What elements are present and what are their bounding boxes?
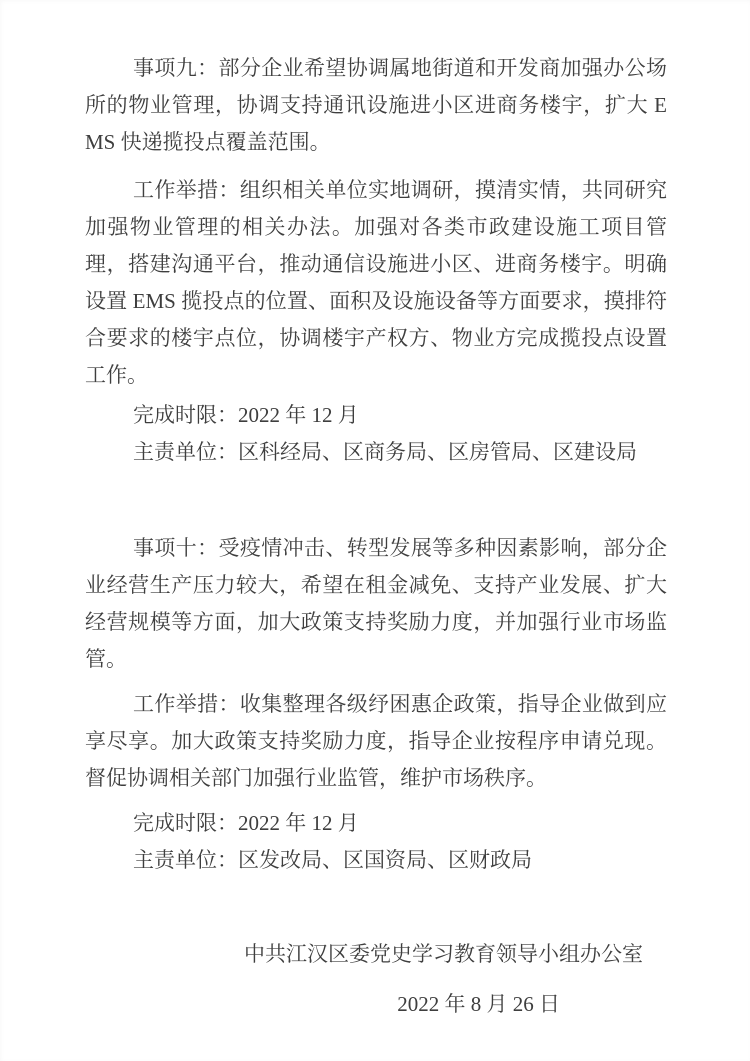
document-content: 事项九：部分企业希望协调属地街道和开发商加强办公场所的物业管理，协调支持通讯设施… (85, 50, 667, 1023)
deadline-item10: 完成时限：2022 年 12 月 (85, 805, 667, 842)
signature-org: 中共江汉区委党史学习教育领导小组办公室 (85, 936, 667, 973)
para-item10-measures: 工作举措：收集整理各级纾困惠企政策，指导企业做到应享尽享。加大政策支持奖励力度，… (85, 686, 667, 797)
responsible-item9: 主责单位：区科经局、区商务局、区房管局、区建设局 (85, 434, 667, 471)
deadline-item9: 完成时限：2022 年 12 月 (85, 397, 667, 434)
document-page: 事项九：部分企业希望协调属地街道和开发商加强办公场所的物业管理，协调支持通讯设施… (0, 0, 750, 1061)
responsible-item10: 主责单位：区发改局、区国资局、区财政局 (85, 842, 667, 879)
para-item9: 事项九：部分企业希望协调属地街道和开发商加强办公场所的物业管理，协调支持通讯设施… (85, 50, 667, 161)
signature-date: 2022 年 8 月 26 日 (85, 986, 667, 1023)
para-item9-measures: 工作举措：组织相关单位实地调研，摸清实情，共同研究加强物业管理的相关办法。加强对… (85, 172, 667, 394)
para-item10: 事项十：受疫情冲击、转型发展等多种因素影响，部分企业经营生产压力较大，希望在租金… (85, 530, 667, 678)
